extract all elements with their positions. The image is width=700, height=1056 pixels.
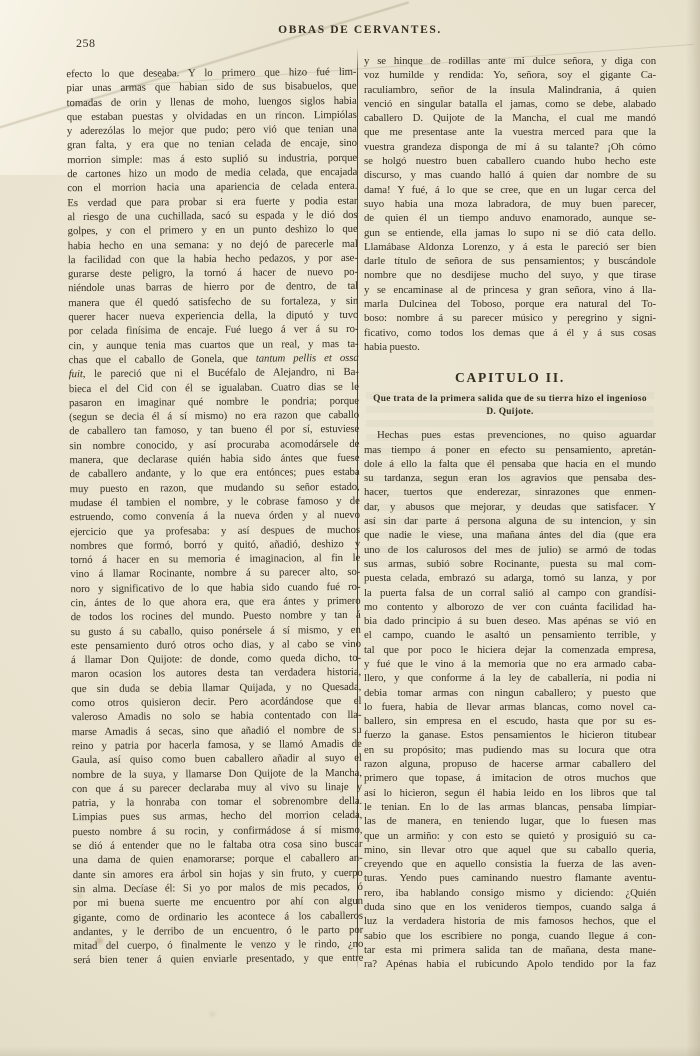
- text-line: que nadie le viese, una mañana ántes del…: [364, 528, 656, 542]
- text-line: nombre que no desdijese mucho del suyo, …: [364, 268, 656, 282]
- text-line: discurso, y mas cuando halló á quien dar…: [364, 168, 656, 182]
- page-number: 258: [76, 36, 96, 51]
- text-line: dar, y abusos que mejorar, y deudas que …: [364, 500, 656, 514]
- text-line: mino, sin llevar otro que aquel que su c…: [364, 843, 656, 857]
- text-line: lo fuera, habia de llevar armas blancas,…: [364, 700, 656, 714]
- text-line: debia tomar armas con ningun caballero; …: [364, 686, 656, 700]
- text-line: venció en singular batalla el jamas, com…: [364, 97, 656, 111]
- text-line: Llamábase Aldonza Lorenzo, y á esta le p…: [364, 240, 656, 254]
- text-line: que un armiño: y con esto se quietó y pr…: [364, 829, 656, 843]
- text-line: su tardanza, segun eran los agravios que…: [364, 471, 656, 485]
- text-line: bia dado principio á su buen deseo. Mas …: [364, 614, 656, 628]
- text-line: caballero D. Quijote de la Mancha, el cu…: [364, 111, 656, 125]
- text-line: habia puesto.: [364, 340, 656, 354]
- text-line: darle título de señora de sus pensamient…: [364, 254, 656, 268]
- text-line: así sin dar parte á persona alguna de su…: [364, 514, 656, 528]
- text-line: le tenian. En lo de las armas blancas, p…: [364, 800, 656, 814]
- text-line: de quien él un tiempo anduvo enamorado, …: [364, 211, 656, 225]
- text-line: voz humilde y rendida: Yo, señora, soy e…: [364, 68, 656, 82]
- text-line: las de manera, en teniendo lugar, que lo…: [364, 814, 656, 828]
- text-line: primero que topase, á imitacion de otros…: [364, 771, 656, 785]
- text-line: mas tiempo á poner en efecto su pensamie…: [364, 443, 656, 457]
- text-line: y se hinque de rodillas ante mi dulce se…: [364, 54, 656, 68]
- text-line: hacer, tuertos que enderezar, sinrazones…: [364, 485, 656, 499]
- text-line: puesta celada, embrazó su adarga, tomó s…: [364, 571, 656, 585]
- book-page: { "page": { "number": "258", "running_he…: [0, 0, 700, 1056]
- text-line: llero, y que conforme á la ley de caball…: [364, 671, 656, 685]
- text-line: marla Dulcinea del Toboso, porque era na…: [364, 297, 656, 311]
- text-line: ballero, sin empresa en el escudo, hasta…: [364, 714, 656, 728]
- text-line: que me presentase ante la vuestra merced…: [364, 125, 656, 139]
- chapter-subtitle-line2: D. Quijote.: [364, 406, 656, 419]
- text-line: fuerzo la ganase. Estos pensamientos le …: [364, 728, 656, 742]
- text-line: boso: nombre á su parecer músico y pereg…: [364, 311, 656, 325]
- text-line: fuit, le pareció que ni el Bucéfalo de A…: [69, 365, 359, 382]
- text-line: se holgó nuestro buen caballero cuando h…: [364, 154, 656, 168]
- right-text-column: y se hinque de rodillas ante mi dulce se…: [364, 54, 656, 972]
- text-line: dole á ello la falta que él pensaba que …: [364, 457, 656, 471]
- left-text-column: efecto lo que deseaba. Y lo primero que …: [66, 65, 363, 968]
- text-line: suyo habia una moza labradora, de muy bu…: [364, 197, 656, 211]
- text-line: la puerta falsa de un corral salió al ca…: [364, 586, 656, 600]
- text-line: ra? Apénas habia el rubicundo Apolo tend…: [364, 957, 656, 971]
- page-edge-shadow: [0, 1046, 700, 1056]
- text-line: sabio que los escribiere no ponga, cuand…: [364, 929, 656, 943]
- text-line: creyendo que en aquello consistia la fue…: [364, 857, 656, 871]
- chapter-subtitle-line1: Que trata de la primera salida que de su…: [364, 393, 656, 406]
- text-line: y se encaminase al de princesa y gran se…: [364, 283, 656, 297]
- text-line: raculiambro, señor de la ínsula Malindra…: [364, 83, 656, 97]
- text-line: dama! Y fué, á lo que se cree, que en un…: [364, 183, 656, 197]
- text-line: vuestra grandeza disponga de mí á su tal…: [364, 140, 656, 154]
- text-line: mo contento y alborozo de ver con cuánta…: [364, 600, 656, 614]
- text-line: turas. Yendo pues caminando nuestro flam…: [364, 871, 656, 885]
- page-edge-shadow: [686, 0, 700, 1056]
- text-line: uno de los calurosos del mes de julio) s…: [364, 543, 656, 557]
- text-line: sus armas, subió sobre Rocinante, puesta…: [364, 557, 656, 571]
- text-line: por mi buena suerte me encuentro por ahí…: [73, 894, 363, 911]
- text-line: luz la verdadera historia de mis famosos…: [364, 914, 656, 928]
- text-line: así lo hicieron, segun él habia leido en…: [364, 786, 656, 800]
- foxing-spot: [210, 1012, 215, 1016]
- text-line: el campo, cuando le asaltó un pensamient…: [364, 628, 656, 642]
- right-column-part2: Hechas pues estas prevenciones, no quiso…: [364, 428, 656, 971]
- text-line: tar esta mi primera salida tan de mañana…: [364, 943, 656, 957]
- text-line: gun se entiende, ella jamas lo supo ni s…: [364, 226, 656, 240]
- text-line: Hechas pues estas prevenciones, no quiso…: [364, 428, 656, 442]
- text-line: razon alguna, propuso de hacerse armar c…: [364, 757, 656, 771]
- text-line: ficativo, como todos los demas que á él …: [364, 326, 656, 340]
- chapter-subtitle: Que trata de la primera salida que de su…: [364, 393, 656, 418]
- text-line: en su propósito; mas pudiendo mas su loc…: [364, 743, 656, 757]
- text-line: duda sino que en los venideros tiempos, …: [364, 900, 656, 914]
- text-line: será bien tener á quien enviarle present…: [73, 951, 363, 968]
- chapter-heading: CAPITULO II.: [364, 369, 656, 387]
- right-column-part1: y se hinque de rodillas ante mi dulce se…: [364, 54, 656, 354]
- text-line: rero, iba hablando consigo mismo y dicie…: [364, 886, 656, 900]
- text-line: estruendo, como convenía á la nueva órde…: [70, 508, 360, 525]
- text-line: y fué que le vino á la memoria que no er…: [364, 657, 656, 671]
- text-line: tal que por poco le hiciera dejar la com…: [364, 643, 656, 657]
- running-head: OBRAS DE CERVANTES.: [60, 24, 660, 36]
